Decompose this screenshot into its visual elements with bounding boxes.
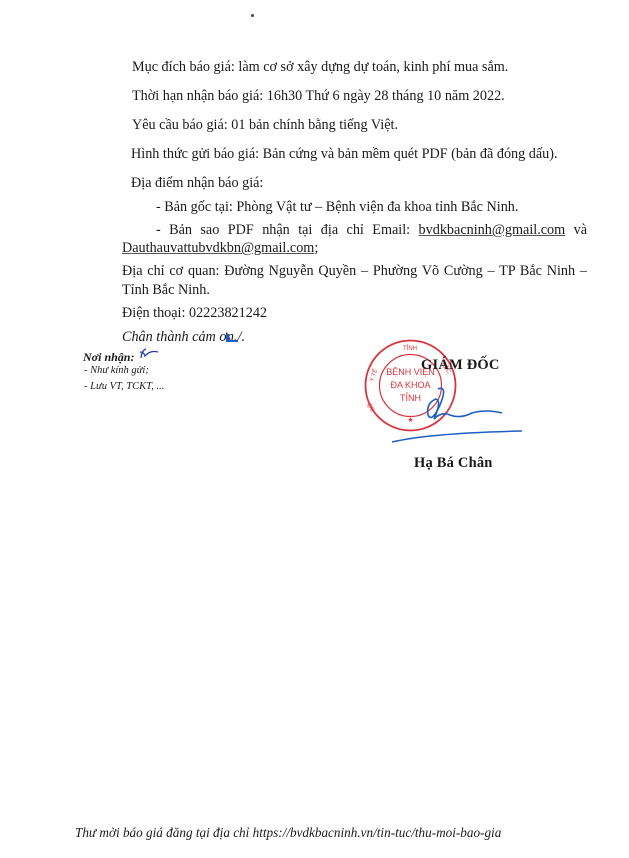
location-label: Địa điểm nhận báo giá: [131, 174, 263, 192]
address-line-2: Tỉnh Bắc Ninh. [122, 281, 210, 299]
pdf-copy-prefix: - Bản sao PDF nhận tại địa chỉ Email: [156, 222, 410, 238]
footer-note: Thư mời báo giá đăng tại địa chỉ https:/… [75, 825, 501, 841]
closing-line: Chân thành cảm ơn./. [122, 328, 245, 346]
email-line-2: Dauthauvattubvdkbn@gmail.com; [122, 239, 318, 257]
svg-text:Y TẾ: Y TẾ [368, 368, 379, 383]
phone-line: Điện thoại: 02223821242 [122, 304, 267, 322]
recipient-item: - Như kính gửi; [84, 364, 149, 378]
email-link-primary[interactable]: bvdkbacninh@gmail.com [419, 222, 566, 238]
recipients-initials-icon [138, 348, 160, 360]
pdf-copy-line: - Bản sao PDF nhận tại địa chỉ Email: bv… [156, 221, 587, 239]
recipient-item: - Lưu VT, TCKT, ... [84, 380, 164, 394]
original-copy-line: - Bản gốc tại: Phòng Vật tư – Bệnh viện … [156, 198, 518, 216]
conjunction: và [574, 222, 587, 238]
initials-icon [225, 333, 239, 343]
purpose-line: Mục đích báo giá: làm cơ sở xây dựng dự … [132, 58, 508, 76]
address-line-1: Địa chỉ cơ quan: Đường Nguyễn Quyền – Ph… [122, 262, 587, 280]
director-name: Hạ Bá Chân [414, 455, 493, 472]
format-line: Hình thức gửi báo giá: Bản cứng và bản m… [131, 145, 558, 163]
recipients-label: Nơi nhận: [83, 350, 134, 364]
email-link-secondary[interactable]: Dauthauvattubvdkbn@gmail.com [122, 240, 314, 256]
director-signature [390, 385, 530, 445]
director-title: GIÁM ĐỐC [421, 357, 500, 374]
deadline-line: Thời hạn nhận báo giá: 16h30 Thứ 6 ngày … [132, 87, 505, 105]
scan-speck [251, 14, 254, 17]
requirement-line: Yêu cầu báo giá: 01 bản chính bằng tiếng… [132, 116, 398, 134]
email-suffix: ; [314, 240, 318, 256]
svg-text:SỞ: SỞ [366, 401, 377, 412]
stamp-ring-text: TỈNH [403, 345, 417, 352]
